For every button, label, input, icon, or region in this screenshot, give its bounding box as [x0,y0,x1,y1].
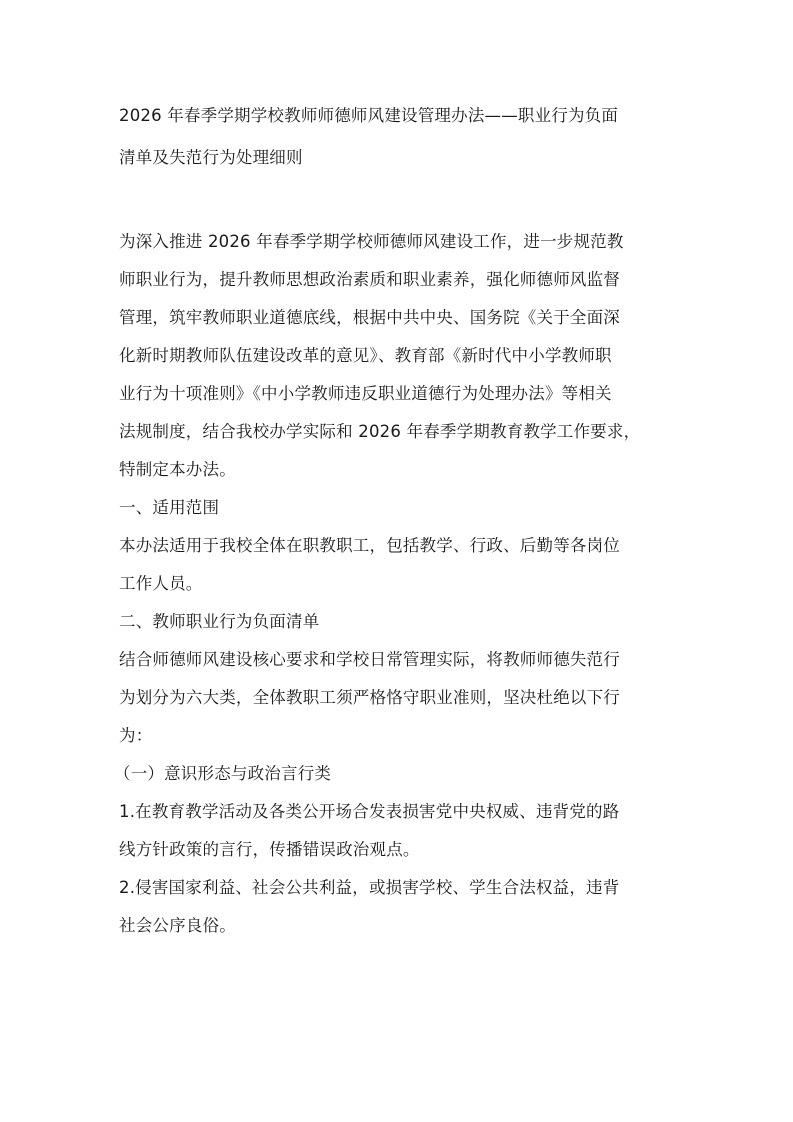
negative-list-line-1: 结合师德师风建设核心要求和学校日常管理实际，将教师师德失范行 [119,650,679,670]
document-page: 2026 年春季学期学校教师师德师风建设管理办法——职业行为负面 清单及失范行为… [0,0,793,1122]
item-1-line-2: 线方针政策的言行，传播错误政治观点。 [119,840,679,860]
document-title-line-2: 清单及失范行为处理细则 [119,148,679,168]
scope-line-1: 本办法适用于我校全体在职教职工，包括教学、行政、后勤等各岗位 [119,536,679,556]
intro-line-5: 业行为十项准则》《中小学教师违反职业道德行为处理办法》等相关 [119,384,679,404]
intro-line-7: 特制定本办法。 [119,460,679,480]
negative-list-line-3: 为： [119,726,679,746]
document-title-line-1: 2026 年春季学期学校教师师德师风建设管理办法——职业行为负面 [119,106,679,126]
item-2-line-2: 社会公序良俗。 [119,916,679,936]
scope-line-2: 工作人员。 [119,574,679,594]
subsection-heading-ideology: （一）意识形态与政治言行类 [114,764,674,784]
intro-line-1: 为深入推进 2026 年春季学期学校师德师风建设工作，进一步规范教 [119,232,679,252]
section-heading-negative-list: 二、教师职业行为负面清单 [119,612,679,632]
item-2-line-1: 2.侵害国家利益、社会公共利益，或损害学校、学生合法权益，违背 [119,878,679,898]
section-heading-scope: 一、适用范围 [119,498,679,518]
intro-line-3: 管理，筑牢教师职业道德底线，根据中共中央、国务院《关于全面深 [119,308,679,328]
negative-list-line-2: 为划分为六大类，全体教职工须严格恪守职业准则，坚决杜绝以下行 [119,688,679,708]
intro-line-2: 师职业行为，提升教师思想政治素质和职业素养，强化师德师风监督 [119,270,679,290]
intro-line-6: 法规制度，结合我校办学实际和 2026 年春季学期教育教学工作要求， [119,422,679,442]
intro-line-4: 化新时期教师队伍建设改革的意见》、教育部《新时代中小学教师职 [119,346,679,366]
item-1-line-1: 1.在教育教学活动及各类公开场合发表损害党中央权威、违背党的路 [119,802,679,822]
